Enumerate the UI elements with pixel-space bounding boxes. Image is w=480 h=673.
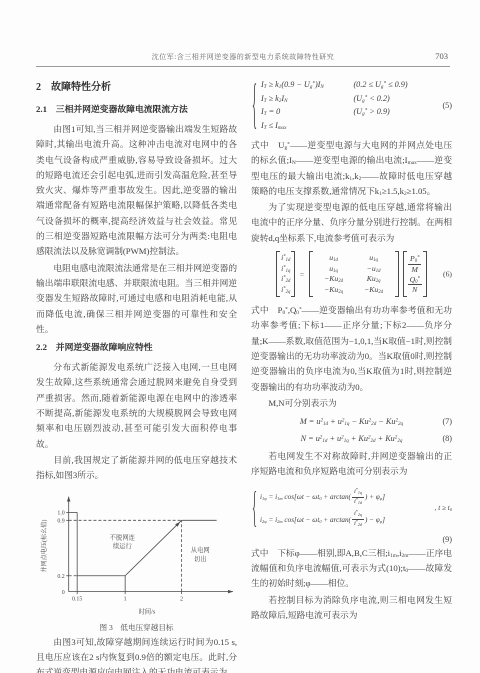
svg-text:1: 1 — [123, 596, 126, 602]
paragraph: 若控制目标为消除负序电流,则三相电网发生短路故障后,短路电流可表示为 — [251, 593, 452, 624]
fraction: P0*M — [408, 254, 422, 274]
vector-current-references: i*1di*1qi*2di*2q — [276, 251, 295, 297]
matrix-voltage-coefficients: u1du1qu1q−u1d−Ku2dKu2q−Ku2q−Ku2d — [309, 251, 399, 297]
svg-text:并网点电压(标幺值): 并网点电压(标幺值) — [39, 519, 47, 572]
paragraph: 电阻电感电流限流法通常是在三相并网逆变器的输出端串联限流电感、并联限流电阻。当三… — [36, 261, 237, 337]
left-brace: { — [251, 481, 257, 535]
paragraph: 若电网发生不对称故障时,并网逆变器输出的正序短路电流和负序短路电流可分别表示为 — [251, 449, 452, 480]
equation-condition: , t ≥ t0 — [435, 504, 452, 512]
svg-text:切出: 切出 — [193, 553, 206, 562]
equation-line: i1φ = i1m cos[ωt − ωt0 + arctan( i*1qi*1… — [260, 488, 433, 507]
paragraph-shizhong: 式中 下标φ——相别,即A,B,C三相;i1m,i2m——正序电流幅值和负序电流… — [251, 546, 452, 592]
svg-text:0: 0 — [61, 589, 64, 595]
matrix-cell: −Ku2d — [314, 274, 354, 285]
paragraph: 目前,我国规定了新能源并网的低电压穿越技术指标,如图3所示。 — [36, 453, 237, 484]
svg-text:1.0: 1.0 — [57, 510, 64, 516]
left-brace: { — [251, 71, 257, 140]
right-column: { IT ≥ k1(0.9 − Ug*)IN (0.2 ≤ Ug* ≤ 0.9)… — [251, 76, 452, 669]
equation-lines: IT ≥ k1(0.9 − Ug*)IN (0.2 ≤ Ug* ≤ 0.9) I… — [261, 78, 439, 132]
vector-power-references: P0*MQ0*N — [403, 251, 427, 297]
equation-9: { i1φ = i1m cos[ωt − ωt0 + arctan( i*1qi… — [251, 484, 452, 544]
svg-text:不脱网连: 不脱网连 — [109, 532, 135, 541]
equation-7: M = u21d + u21q − Ku22d − Ku22q (7) — [251, 415, 452, 428]
header-rule — [36, 66, 450, 67]
paragraph-shizhong: 式中 Ug*——逆变型电源与大电网的并网点处电压的标幺值;IN——逆变型电源的输… — [251, 138, 452, 199]
svg-text:从电网: 从电网 — [190, 545, 209, 554]
equation-body: N = u21d + u21q + Ku22d + Ku22q — [301, 432, 403, 445]
matrix-cell: −u1d — [354, 264, 394, 275]
equation-5: { IT ≥ k1(0.9 − Ug*)IN (0.2 ≤ Ug* ≤ 0.9)… — [251, 78, 452, 132]
equation-number: (6) — [443, 270, 452, 279]
left-column: 2 故障特性分析 2.1 三相并网逆变器故障电流限流方法 由图1可知,当三相并网… — [36, 76, 237, 669]
figure-3: 00.20.91.00.1512不脱网连续运行从电网切出时间/s并网点电压(标幺… — [36, 490, 237, 633]
equation-number: (9) — [442, 535, 452, 544]
svg-text:2: 2 — [180, 596, 183, 602]
paragraph-shizhong: 式中 P0*,Q0*——逆变器输出有功功率参考值和无功功率参考值;下标1——正序… — [251, 303, 452, 395]
paper-page: 沈位军:含三相并网逆变器的新型电力系统故障特性研究 703 2 故障特性分析 2… — [0, 0, 480, 673]
matrix-cell: u1d — [314, 253, 354, 264]
subsection-heading-2-1: 2.1 三相并网逆变器故障电流限流方法 — [36, 102, 237, 115]
matrix-cell: i*2d — [281, 274, 290, 285]
equation-line: IT ≤ Imax — [261, 119, 439, 133]
fraction: i*2qi*2d — [352, 510, 364, 529]
matrix-cell: u1q — [314, 264, 354, 275]
equation-line: IT = 0 (Ug* > 0.9) — [261, 105, 439, 119]
svg-text:时间/s: 时间/s — [138, 606, 155, 615]
svg-text:0.9: 0.9 — [57, 518, 64, 524]
matrix-cell: i*1q — [281, 264, 290, 275]
equation-6: i*1di*1qi*2di*2q = u1du1qu1q−u1d−Ku2dKu2… — [251, 251, 452, 297]
equation-number: (8) — [442, 432, 452, 445]
subsection-heading-2-2: 2.2 并网逆变器故障响应特性 — [36, 340, 237, 353]
equation-line: i2φ = i2m cos[ωt − ωt0 + arctan( i*2qi*2… — [260, 510, 433, 529]
fraction: i*1qi*1d — [352, 488, 364, 507]
equals-sign: = — [299, 270, 304, 279]
matrix-cell: i*2q — [281, 285, 290, 296]
paragraph: 由图1可知,当三相并网逆变器输出端发生短路故障时,其输出电流升高。这种冲击电流对… — [36, 122, 237, 260]
lvrt-chart: 00.20.91.00.1512不脱网连续运行从电网切出时间/s并网点电压(标幺… — [39, 490, 235, 616]
equation-body: M = u21d + u21q − Ku22d − Ku22q — [300, 415, 403, 428]
running-title: 沈位军:含三相并网逆变器的新型电力系统故障特性研究 — [36, 52, 450, 62]
matrix-cell: u1q — [354, 253, 394, 264]
two-column-content: 2 故障特性分析 2.1 三相并网逆变器故障电流限流方法 由图1可知,当三相并网… — [36, 76, 452, 669]
page-number: 703 — [435, 51, 448, 61]
equation-system: { i1φ = i1m cos[ωt − ωt0 + arctan( i*1qi… — [251, 484, 452, 533]
paragraph: 由图3可知,故障穿越期间连续运行时间为0.15 s,且电压应该在2 s内恢复到0… — [36, 635, 237, 673]
equation-8: N = u21d + u21q + Ku22d + Ku22q (8) — [251, 432, 452, 445]
equation-line: IT ≥ k1(0.9 − Ug*)IN (0.2 ≤ Ug* ≤ 0.9) — [261, 78, 439, 92]
matrix-cell: −Ku2q — [314, 285, 354, 296]
svg-text:0.2: 0.2 — [57, 573, 64, 579]
paragraph: 分布式新能源发电系统广泛接入电网,一旦电网发生故障,这些系统通常会通过脱网来避免… — [36, 360, 237, 452]
paragraph: 为了实现逆变型电源的低电压穿越,通常将输出电流中的正序分量、负序分量分别进行控制… — [251, 200, 452, 246]
svg-text:续运行: 续运行 — [112, 541, 132, 550]
equation-number: (5) — [442, 101, 452, 110]
svg-text:0.15: 0.15 — [71, 596, 81, 602]
fraction: Q0*N — [408, 275, 422, 295]
equation-lines: i1φ = i1m cos[ωt − ωt0 + arctan( i*1qi*1… — [260, 484, 433, 533]
equation-line: IT ≥ k2IN (Ug* < 0.2) — [261, 92, 439, 106]
matrix-cell: −Ku2d — [354, 285, 394, 296]
equation-number: (7) — [442, 415, 452, 428]
matrix-cell: Ku2q — [354, 274, 394, 285]
figure-caption: 图 3 低电压穿越目标 — [36, 622, 237, 633]
matrix-cell: i*1d — [281, 253, 290, 264]
page-header: 沈位军:含三相并网逆变器的新型电力系统故障特性研究 703 — [36, 52, 450, 64]
section-heading: 2 故障特性分析 — [36, 78, 237, 93]
paragraph: M,N可分别表示为 — [251, 396, 452, 411]
